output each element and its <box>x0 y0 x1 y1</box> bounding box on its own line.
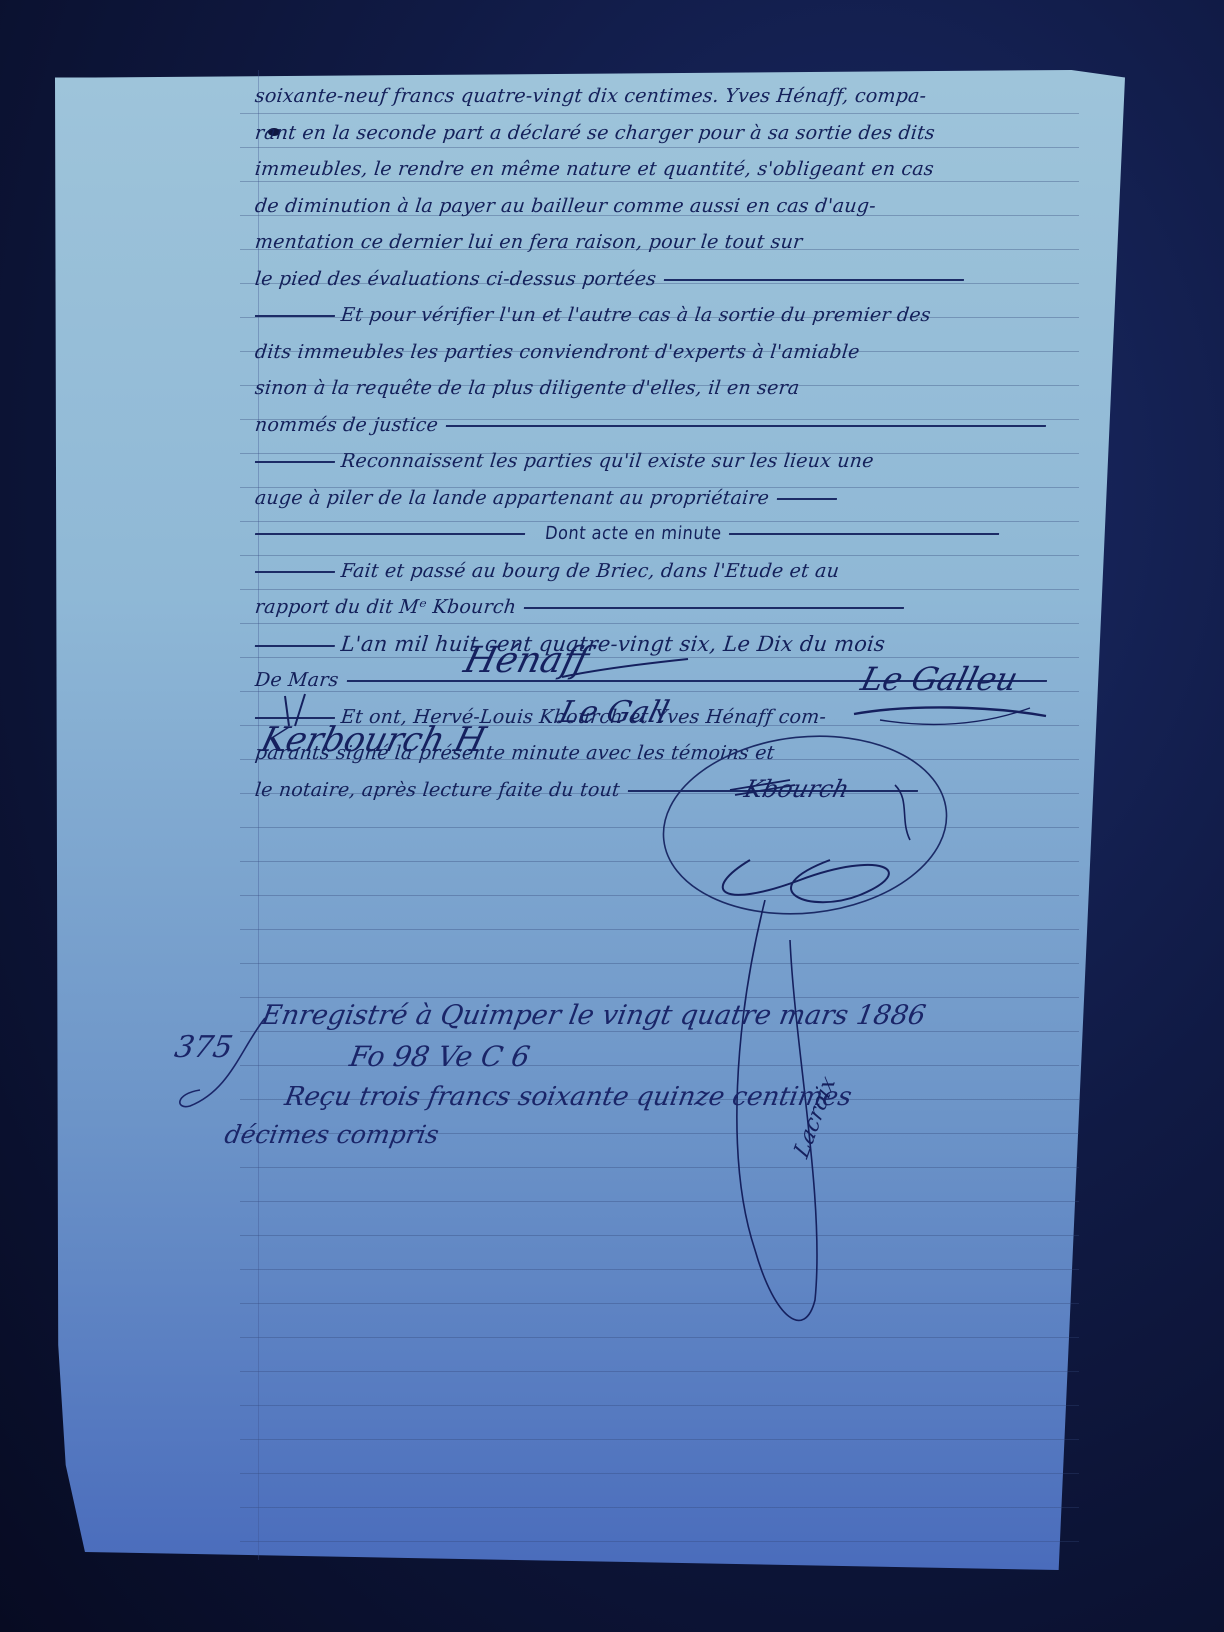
registration-fee: Reçu trois francs soixante quinze centim… <box>282 1082 854 1112</box>
deed-line: immeubles, le rendre en même nature et q… <box>253 151 1087 188</box>
deed-line: de diminution à la payer au bailleur com… <box>253 188 1087 225</box>
deed-line: nommés de justice <box>253 407 1087 444</box>
deed-line: mentation ce dernier lui en fera raison,… <box>253 224 1087 261</box>
deed-closing-title: Dont acte en minute <box>253 516 1087 553</box>
notary-paraph-name: Kbourch <box>742 775 853 803</box>
deed-line: Fait et passé au bourg de Briec, dans l'… <box>253 553 1087 590</box>
signature-le-galleu: Le Galleu <box>857 660 1021 698</box>
signature-le-gall: Le Gall <box>556 695 673 730</box>
deed-line: Reconnaissent les parties qu'il existe s… <box>253 443 1087 480</box>
signature-mark-kerbourch <box>275 690 335 730</box>
signature-underline-henaff <box>560 655 690 685</box>
deed-line: le pied des évaluations ci-dessus portée… <box>253 261 1087 298</box>
deed-line: rapport du dit Mᵉ Kbourch <box>253 589 1087 626</box>
document-sheet: soixante-neuf francs quatre-vingt dix ce… <box>0 0 1224 1632</box>
deed-line: Et pour vérifier l'un et l'autre cas à l… <box>253 297 1087 334</box>
registration-folio: Fo 98 Ve C 6 <box>347 1040 532 1073</box>
deed-line: rant en la seconde part a déclaré se cha… <box>253 115 1087 152</box>
paraph-tail-stroke <box>725 900 865 1360</box>
deed-line: dits immeubles les parties conviendront … <box>253 334 1087 371</box>
registration-decimes: décimes compris <box>222 1120 441 1149</box>
signature-underline-le-galleu <box>850 700 1050 730</box>
deed-line: sinon à la requête de la plus diligente … <box>253 370 1087 407</box>
deed-line: soixante-neuf francs quatre-vingt dix ce… <box>253 78 1087 115</box>
deed-line: auge à piler de la lande appartenant au … <box>253 480 1087 517</box>
registration-line-1: Enregistré à Quimper le vingt quatre mar… <box>259 1000 928 1031</box>
